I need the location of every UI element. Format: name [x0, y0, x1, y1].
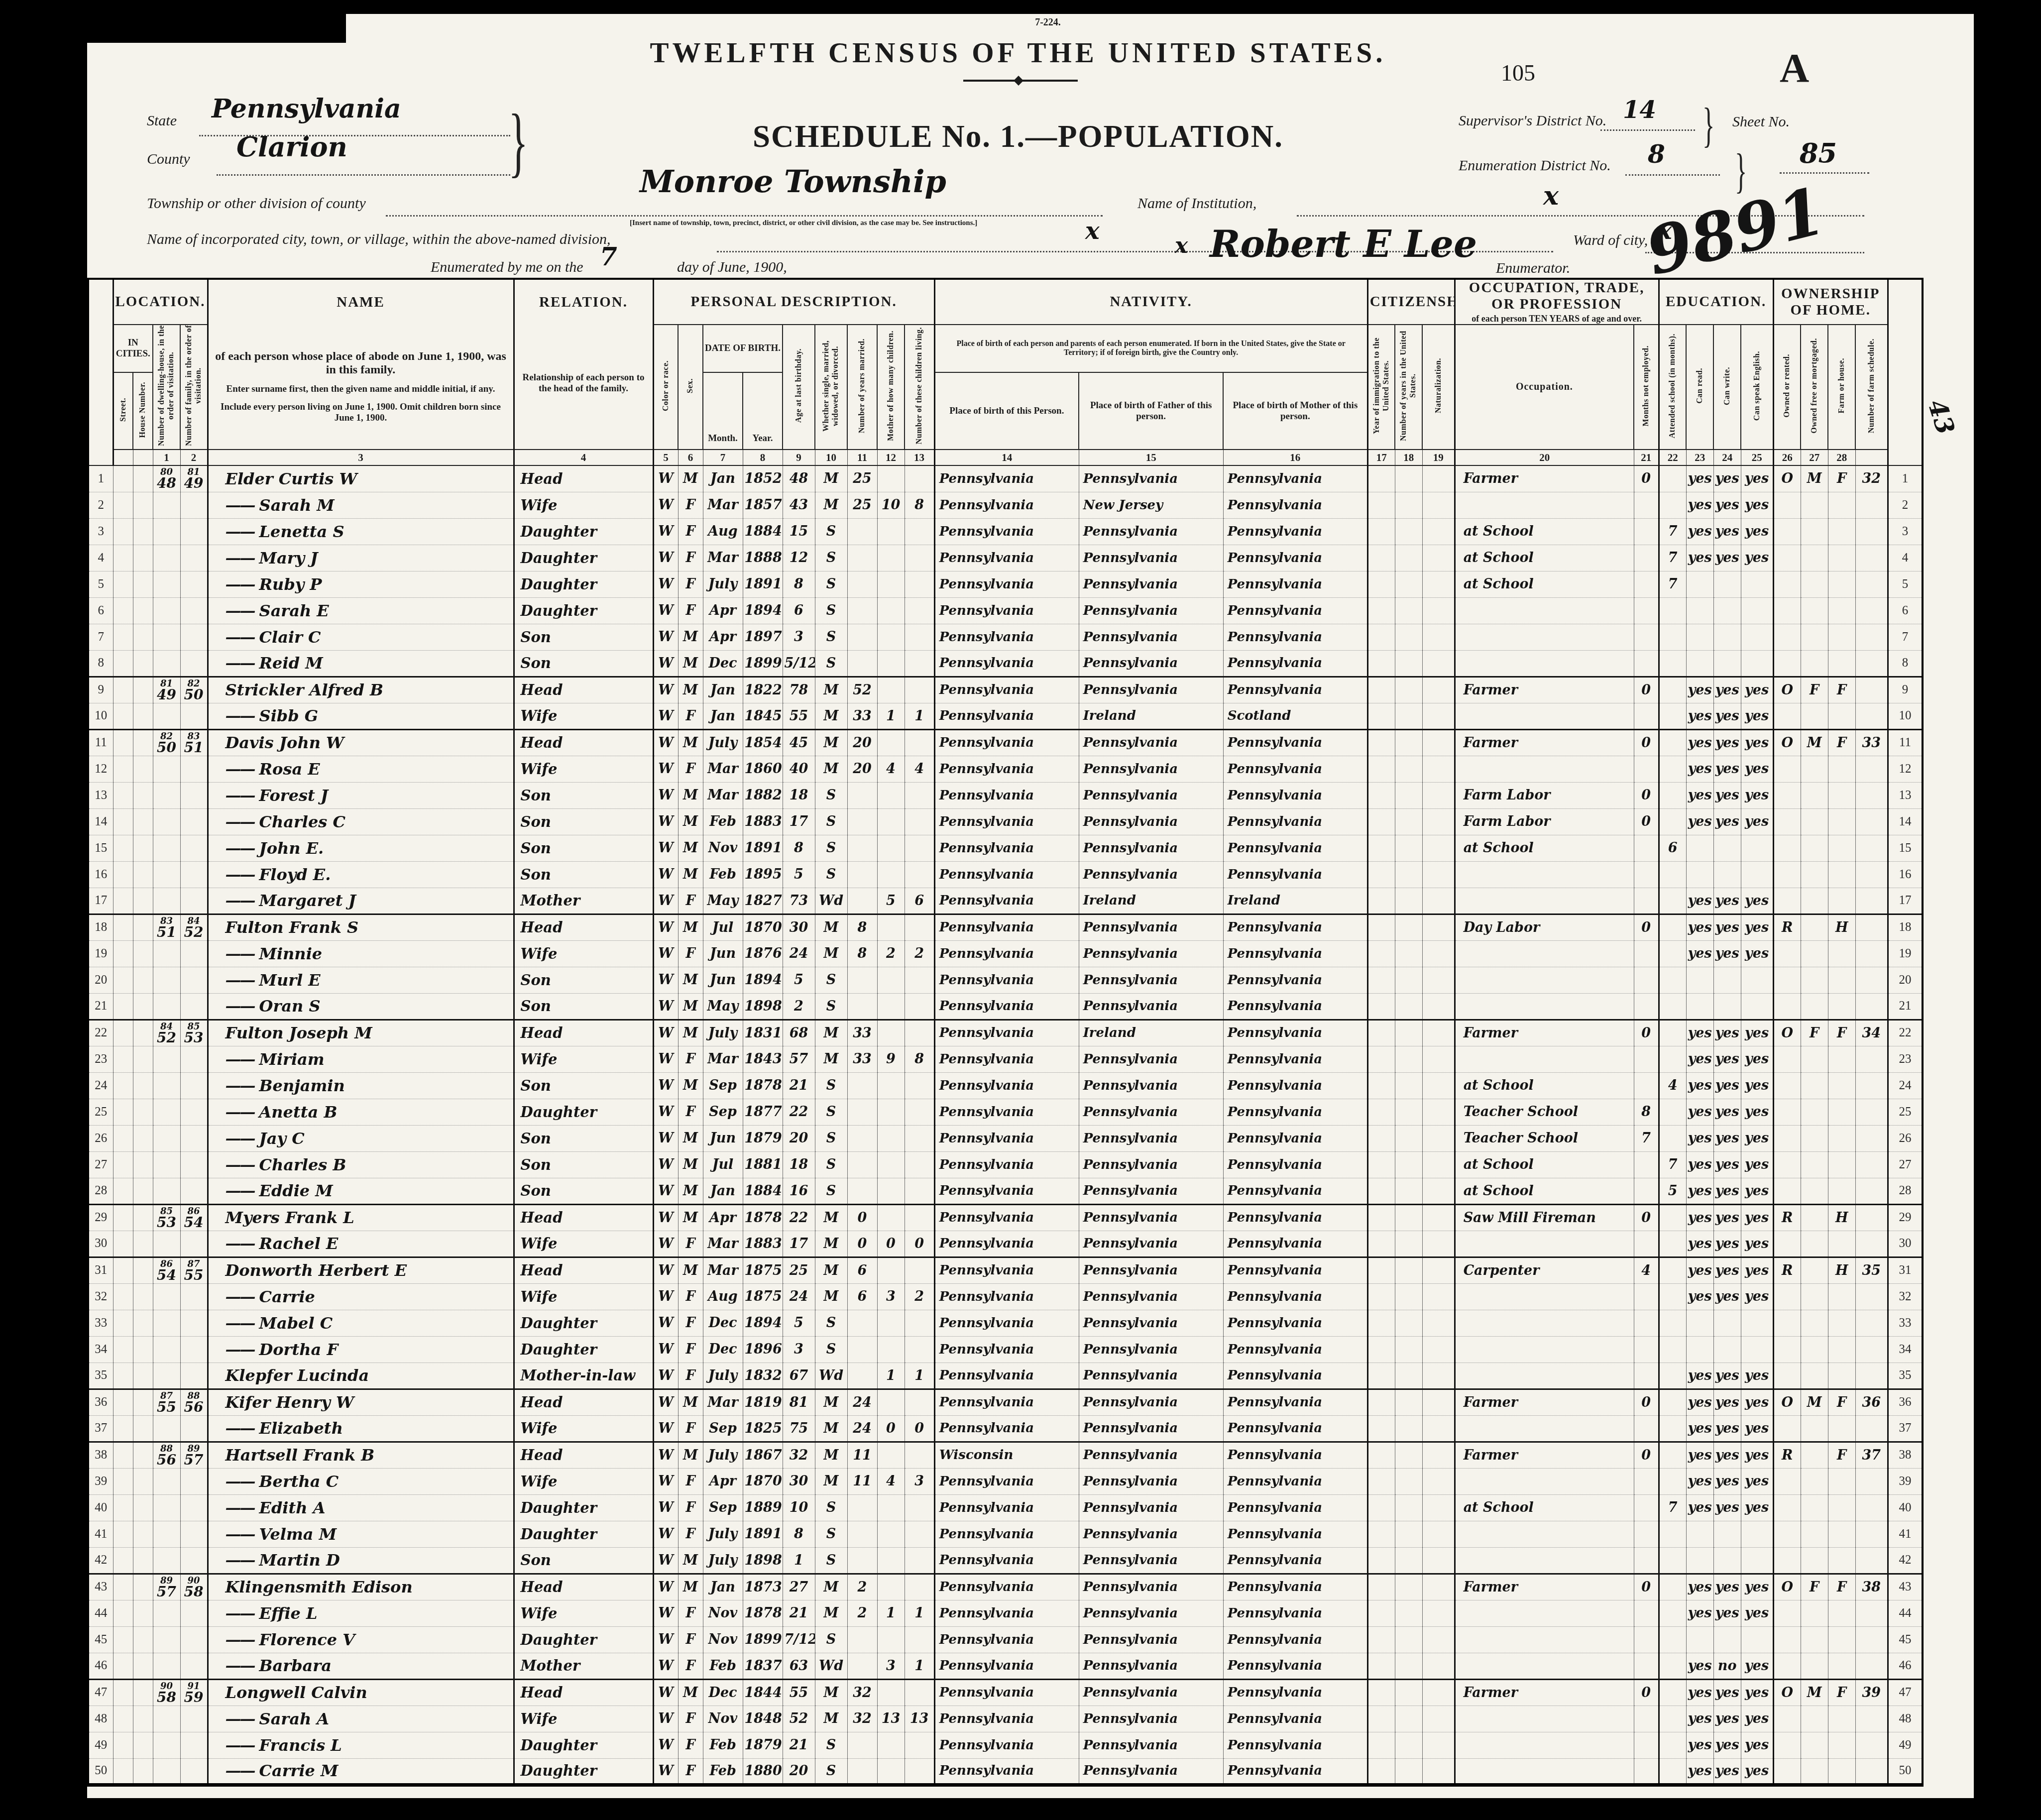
immigration-year-cell [1367, 650, 1395, 677]
line-number-right: 43 [1888, 1574, 1923, 1600]
free-mortgaged-cell [1801, 1099, 1828, 1125]
can-read-cell [1686, 993, 1713, 1020]
line-number: 19 [88, 940, 113, 967]
sex-cell: F [678, 1758, 703, 1785]
name-cell: ——Anetta B [208, 1099, 514, 1125]
line-number-right: 32 [1888, 1283, 1923, 1310]
dwelling-number [153, 1653, 180, 1679]
house-number-cell [133, 1732, 153, 1758]
free-mortgaged-cell [1801, 861, 1828, 888]
father-birthplace-cell: Pennsylvania [1079, 1363, 1223, 1389]
can-read-cell [1686, 1547, 1713, 1574]
relation-cell: Son [514, 993, 653, 1020]
color-cell: W [653, 1020, 678, 1046]
sex-cell: F [678, 1600, 703, 1626]
color-cell: W [653, 1679, 678, 1706]
sex-cell: F [678, 1494, 703, 1521]
street-cell [113, 597, 133, 624]
house-number-cell [133, 967, 153, 993]
years-married-cell [847, 1151, 877, 1178]
birth-month-cell: July [703, 1363, 743, 1389]
months-not-employed-cell: 8 [1634, 1099, 1659, 1125]
occupation-cell [1455, 1363, 1634, 1389]
street-cell [113, 1758, 133, 1785]
birthplace-cell: Pennsylvania [934, 1389, 1079, 1415]
marital-cell: M [815, 1020, 847, 1046]
birthplace-cell: Pennsylvania [934, 1231, 1079, 1257]
marital-cell: S [815, 1151, 847, 1178]
mother-birthplace-cell: Pennsylvania [1223, 729, 1367, 756]
years-in-us-cell [1395, 1204, 1422, 1231]
table-row: 50——Carrie MDaughterWFFeb188020SPennsylv… [88, 1758, 1923, 1785]
can-write-cell [1713, 650, 1741, 677]
name-cell: ——Oran S [208, 993, 514, 1020]
farm-schedule-cell [1855, 1547, 1888, 1574]
name-cell: ——Rosa E [208, 756, 514, 782]
can-write-cell [1713, 571, 1741, 597]
table-row: 3186548755Donworth Herbert EHeadWMMar187… [88, 1257, 1923, 1283]
line-number: 34 [88, 1336, 113, 1363]
birthplace-cell: Pennsylvania [934, 1151, 1079, 1178]
can-read-cell: yes [1686, 888, 1713, 914]
farm-house-cell: H [1828, 914, 1855, 940]
farm-schedule-cell [1855, 703, 1888, 729]
farm-house-cell: F [1828, 729, 1855, 756]
column-number: 21 [1634, 450, 1659, 465]
marital-cell: S [815, 1336, 847, 1363]
can-speak-english-cell: yes [1741, 729, 1773, 756]
children-cell: 0 [877, 1415, 905, 1442]
years-in-us-cell [1395, 1257, 1422, 1283]
years-married-cell [847, 782, 877, 808]
children-cell: 1 [877, 1363, 905, 1389]
months-not-employed-cell [1634, 940, 1659, 967]
years-in-us-cell [1395, 545, 1422, 571]
color-cell: W [653, 677, 678, 703]
mother-birthplace-cell: Pennsylvania [1223, 1600, 1367, 1626]
table-row: 25——Anetta BDaughterWFSep187722SPennsylv… [88, 1099, 1923, 1125]
column-number: 12 [877, 450, 905, 465]
can-read-cell: yes [1686, 1099, 1713, 1125]
owned-rented-cell [1773, 492, 1801, 518]
table-row: 26——Jay CSonWMJun187920SPennsylvaniaPenn… [88, 1125, 1923, 1151]
sex-cell: F [678, 1231, 703, 1257]
farm-schedule-cell: 33 [1855, 729, 1888, 756]
naturalization-cell [1422, 756, 1455, 782]
immigration-year-cell [1367, 1151, 1395, 1178]
family-number [180, 624, 208, 650]
children-living-cell [905, 835, 934, 861]
free-mortgaged-cell: M [1801, 1389, 1828, 1415]
birth-year-cell: 1891 [743, 1521, 783, 1547]
attended-school-cell: 7 [1659, 518, 1686, 545]
birthplace-cell: Pennsylvania [934, 1125, 1079, 1151]
street-cell [113, 756, 133, 782]
birth-year-cell: 1873 [743, 1574, 783, 1600]
sex-cell: F [678, 940, 703, 967]
enumerator-mark: x [1175, 233, 1188, 258]
can-speak-english-cell: yes [1741, 1204, 1773, 1231]
owned-rented-cell: O [1773, 1020, 1801, 1046]
title-ornament [963, 80, 1078, 82]
attended-school-cell [1659, 1758, 1686, 1785]
can-speak-english-cell: yes [1741, 1706, 1773, 1732]
can-speak-english-cell: yes [1741, 703, 1773, 729]
dwelling-number [153, 624, 180, 650]
line-number: 43 [88, 1574, 113, 1600]
birth-year-cell: 1879 [743, 1732, 783, 1758]
can-read-cell: yes [1686, 1231, 1713, 1257]
years-married-cell: 2 [847, 1574, 877, 1600]
family-number [180, 571, 208, 597]
family-number [180, 861, 208, 888]
table-row: 32——CarrieWifeWFAug187524M632Pennsylvani… [88, 1283, 1923, 1310]
birth-month-cell: Feb [703, 1653, 743, 1679]
months-not-employed-cell [1634, 1046, 1659, 1072]
free-mortgaged-cell: F [1801, 677, 1828, 703]
birthplace-cell: Pennsylvania [934, 1363, 1079, 1389]
naturalization-cell [1422, 1072, 1455, 1099]
table-row: 20——Murl ESonWMJun18945SPennsylvaniaPenn… [88, 967, 1923, 993]
column-number: 26 [1773, 450, 1801, 465]
naturalization-cell [1422, 624, 1455, 650]
line-number: 20 [88, 967, 113, 993]
name-cell: ——Murl E [208, 967, 514, 993]
birth-year-cell: 1884 [743, 1178, 783, 1204]
birth-year-cell: 1867 [743, 1442, 783, 1468]
can-read-cell [1686, 1626, 1713, 1653]
street-cell [113, 1415, 133, 1442]
can-speak-english-cell [1741, 597, 1773, 624]
dwelling-number [153, 1521, 180, 1547]
dwelling-number [153, 1178, 180, 1204]
table-row: 5——Ruby PDaughterWFJuly18918SPennsylvani… [88, 571, 1923, 597]
group-relation: RELATION. [514, 279, 653, 325]
house-number-cell [133, 624, 153, 650]
years-in-us-cell [1395, 624, 1422, 650]
immigration-year-cell [1367, 1072, 1395, 1099]
can-read-cell [1686, 1521, 1713, 1547]
occupation-cell [1455, 1415, 1634, 1442]
immigration-year-cell [1367, 1415, 1395, 1442]
years-married-cell [847, 1653, 877, 1679]
name-cell: ——Carrie M [208, 1758, 514, 1785]
children-cell [877, 624, 905, 650]
years-married-cell: 0 [847, 1231, 877, 1257]
years-in-us-cell [1395, 465, 1422, 492]
farm-schedule-cell [1855, 1125, 1888, 1151]
months-not-employed-cell [1634, 1072, 1659, 1099]
years-in-us-cell [1395, 1494, 1422, 1521]
attended-school-cell [1659, 1442, 1686, 1468]
column-number: 16 [1223, 450, 1367, 465]
farm-schedule-cell [1855, 677, 1888, 703]
street-cell [113, 650, 133, 677]
immigration-year-cell [1367, 1204, 1395, 1231]
attended-school-cell [1659, 861, 1686, 888]
marital-cell: M [815, 1706, 847, 1732]
immigration-year-cell [1367, 782, 1395, 808]
township-line [386, 215, 1103, 217]
family-number [180, 1336, 208, 1363]
relation-cell: Wife [514, 1046, 653, 1072]
line-number: 16 [88, 861, 113, 888]
dwelling-number [153, 492, 180, 518]
can-write-cell [1713, 597, 1741, 624]
relation-cell: Mother [514, 888, 653, 914]
family-number: 8149 [180, 465, 208, 492]
occupation-cell [1455, 1468, 1634, 1494]
immigration-year-cell [1367, 756, 1395, 782]
can-read-cell: yes [1686, 914, 1713, 940]
marital-cell: S [815, 1072, 847, 1099]
mother-birthplace-cell: Scotland [1223, 703, 1367, 729]
farm-schedule-cell [1855, 835, 1888, 861]
house-number-cell [133, 782, 153, 808]
naturalization-cell [1422, 1125, 1455, 1151]
children-cell: 4 [877, 1468, 905, 1494]
years-married-cell: 8 [847, 914, 877, 940]
immigration-year-cell [1367, 1178, 1395, 1204]
can-speak-english-cell: yes [1741, 1732, 1773, 1758]
col-birth-month: Month. [703, 372, 743, 450]
years-married-cell [847, 993, 877, 1020]
birthplace-cell: Pennsylvania [934, 1046, 1079, 1072]
free-mortgaged-cell [1801, 808, 1828, 835]
column-number: 27 [1801, 450, 1828, 465]
farm-house-cell [1828, 1653, 1855, 1679]
line-number-right: 48 [1888, 1706, 1923, 1732]
relation-cell: Head [514, 1204, 653, 1231]
col-can-write: Can write. [1713, 325, 1741, 450]
immigration-year-cell [1367, 1758, 1395, 1785]
children-living-cell [905, 1679, 934, 1706]
birthplace-cell: Pennsylvania [934, 1653, 1079, 1679]
line-number: 42 [88, 1547, 113, 1574]
color-cell: W [653, 1600, 678, 1626]
name-cell: Longwell Calvin [208, 1679, 514, 1706]
father-birthplace-cell: Pennsylvania [1079, 1494, 1223, 1521]
family-number: 8351 [180, 729, 208, 756]
birth-month-cell: Apr [703, 597, 743, 624]
years-in-us-cell [1395, 650, 1422, 677]
street-cell [113, 861, 133, 888]
can-read-cell: yes [1686, 1072, 1713, 1099]
city-mark: x [1085, 217, 1100, 245]
house-number-cell [133, 914, 153, 940]
birth-year-cell: 1880 [743, 1758, 783, 1785]
owned-rented-cell [1773, 1415, 1801, 1442]
can-write-cell: yes [1713, 545, 1741, 571]
birth-month-cell: Mar [703, 545, 743, 571]
color-cell: W [653, 808, 678, 835]
line-number-right: 29 [1888, 1204, 1923, 1231]
children-living-cell [905, 1204, 934, 1231]
can-speak-english-cell [1741, 861, 1773, 888]
years-in-us-cell [1395, 492, 1422, 518]
can-speak-english-cell: yes [1741, 808, 1773, 835]
farm-house-cell: F [1828, 465, 1855, 492]
column-number [133, 450, 153, 465]
table-row: 1182508351Davis John WHeadWMJuly185445M2… [88, 729, 1923, 756]
table-row: 45——Florence VDaughterWFNov18997/12SPenn… [88, 1626, 1923, 1653]
line-number-right: 21 [1888, 993, 1923, 1020]
attended-school-cell: 7 [1659, 1151, 1686, 1178]
line-number: 5 [88, 571, 113, 597]
color-cell: W [653, 492, 678, 518]
free-mortgaged-cell [1801, 940, 1828, 967]
mother-birthplace-cell: Pennsylvania [1223, 940, 1367, 967]
occupation-cell [1455, 1758, 1634, 1785]
can-read-cell: yes [1686, 808, 1713, 835]
group-education: EDUCATION. [1659, 279, 1773, 325]
years-married-cell: 20 [847, 756, 877, 782]
line-number-right: 38 [1888, 1442, 1923, 1468]
mother-birthplace-cell: Pennsylvania [1223, 1626, 1367, 1653]
free-mortgaged-cell [1801, 624, 1828, 650]
line-number-right: 34 [1888, 1336, 1923, 1363]
attended-school-cell [1659, 1231, 1686, 1257]
father-birthplace-cell: Ireland [1079, 1020, 1223, 1046]
immigration-year-cell [1367, 571, 1395, 597]
line-number: 46 [88, 1653, 113, 1679]
farm-house-cell [1828, 545, 1855, 571]
relation-cell: Head [514, 1389, 653, 1415]
color-cell: W [653, 914, 678, 940]
sex-cell: M [678, 993, 703, 1020]
years-in-us-cell [1395, 571, 1422, 597]
table-row: 33——Mabel CDaughterWFDec18945SPennsylvan… [88, 1310, 1923, 1336]
name-cell: Myers Frank L [208, 1204, 514, 1231]
sex-cell: F [678, 1283, 703, 1310]
line-number-right: 14 [1888, 808, 1923, 835]
mother-birthplace-cell: Pennsylvania [1223, 782, 1367, 808]
birthplace-cell: Pennsylvania [934, 1099, 1079, 1125]
dwelling-number: 8957 [153, 1574, 180, 1600]
house-number-cell [133, 1283, 153, 1310]
children-living-cell [905, 914, 934, 940]
years-married-cell [847, 888, 877, 914]
farm-house-cell [1828, 940, 1855, 967]
relation-cell: Son [514, 967, 653, 993]
years-in-us-cell [1395, 782, 1422, 808]
children-cell [877, 1494, 905, 1521]
attended-school-cell: 7 [1659, 571, 1686, 597]
can-speak-english-cell: yes [1741, 1072, 1773, 1099]
can-write-cell: yes [1713, 756, 1741, 782]
farm-house-cell [1828, 782, 1855, 808]
occupation-cell [1455, 1732, 1634, 1758]
can-speak-english-cell: yes [1741, 1442, 1773, 1468]
birth-year-cell: 1878 [743, 1072, 783, 1099]
birth-month-cell: July [703, 571, 743, 597]
street-cell [113, 1732, 133, 1758]
col-can-speak-english: Can speak English. [1741, 325, 1773, 450]
attended-school-cell [1659, 1046, 1686, 1072]
children-living-cell: 8 [905, 492, 934, 518]
birth-year-cell: 1881 [743, 1151, 783, 1178]
occupation-cell [1455, 1231, 1634, 1257]
relation-cell: Son [514, 1151, 653, 1178]
birth-year-cell: 1891 [743, 571, 783, 597]
years-in-us-cell [1395, 1125, 1422, 1151]
marital-cell: M [815, 1574, 847, 1600]
table-row: 7——Clair CSonWMApr18973SPennsylvaniaPenn… [88, 624, 1923, 650]
can-speak-english-cell [1741, 1626, 1773, 1653]
col-attended-school: Attended school (in months). [1659, 325, 1686, 450]
children-cell [877, 518, 905, 545]
birthplace-cell: Pennsylvania [934, 1679, 1079, 1706]
can-write-cell [1713, 624, 1741, 650]
free-mortgaged-cell [1801, 1178, 1828, 1204]
can-write-cell: yes [1713, 940, 1741, 967]
name-cell: Fulton Joseph M [208, 1020, 514, 1046]
birth-month-cell: Aug [703, 1283, 743, 1310]
free-mortgaged-cell: F [1801, 1574, 1828, 1600]
immigration-year-cell [1367, 1706, 1395, 1732]
naturalization-cell [1422, 1415, 1455, 1442]
immigration-year-cell [1367, 1521, 1395, 1547]
birth-year-cell: 1883 [743, 1231, 783, 1257]
col-house-number: House Number. [133, 372, 153, 450]
farm-house-cell [1828, 1732, 1855, 1758]
children-living-cell [905, 465, 934, 492]
col-farm-or-house: Farm or house. [1828, 325, 1855, 450]
birth-year-cell: 1878 [743, 1600, 783, 1626]
years-married-cell: 25 [847, 465, 877, 492]
attended-school-cell [1659, 967, 1686, 993]
family-number: 8452 [180, 914, 208, 940]
state-label: State [147, 113, 177, 129]
enumeration-district-value: 8 [1648, 139, 1665, 169]
line-number-right: 23 [1888, 1046, 1923, 1072]
line-number-right: 25 [1888, 1099, 1923, 1125]
house-number-cell [133, 492, 153, 518]
father-birthplace-cell: Pennsylvania [1079, 1600, 1223, 1626]
children-living-cell [905, 1389, 934, 1415]
column-number: 3 [208, 450, 514, 465]
immigration-year-cell [1367, 835, 1395, 861]
sex-cell: F [678, 492, 703, 518]
children-cell [877, 993, 905, 1020]
children-living-cell [905, 677, 934, 703]
column-number: 28 [1828, 450, 1855, 465]
can-read-cell: yes [1686, 1574, 1713, 1600]
birth-year-cell: 1882 [743, 782, 783, 808]
line-number-right: 41 [1888, 1521, 1923, 1547]
occupation-cell [1455, 993, 1634, 1020]
birthplace-cell: Pennsylvania [934, 782, 1079, 808]
naturalization-cell [1422, 940, 1455, 967]
months-not-employed-cell [1634, 650, 1659, 677]
age-cell: 6 [783, 597, 815, 624]
street-cell [113, 1468, 133, 1494]
children-living-cell [905, 1072, 934, 1099]
birthplace-cell: Pennsylvania [934, 1178, 1079, 1204]
owned-rented-cell: O [1773, 729, 1801, 756]
color-cell: W [653, 1442, 678, 1468]
house-number-cell [133, 1099, 153, 1125]
immigration-year-cell [1367, 808, 1395, 835]
relation-cell: Daughter [514, 1626, 653, 1653]
free-mortgaged-cell [1801, 1204, 1828, 1231]
naturalization-cell [1422, 545, 1455, 571]
line-number: 40 [88, 1494, 113, 1521]
house-number-cell [133, 465, 153, 492]
can-write-cell [1713, 1626, 1741, 1653]
birthplace-cell: Pennsylvania [934, 492, 1079, 518]
occupation-cell: at School [1455, 1494, 1634, 1521]
